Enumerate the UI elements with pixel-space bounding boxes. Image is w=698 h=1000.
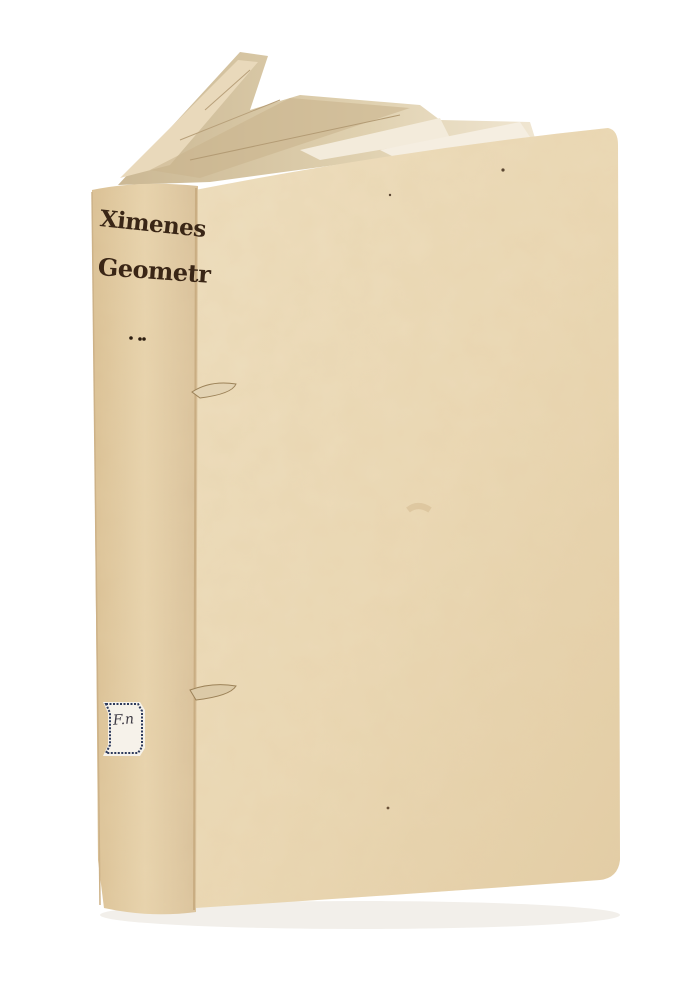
spine xyxy=(92,184,198,915)
book-photo: Ximenes Geometr F.n xyxy=(0,0,698,1000)
library-label-text: F.n xyxy=(112,711,134,728)
front-cover xyxy=(195,128,620,908)
library-label xyxy=(103,702,145,756)
book-illustration xyxy=(0,0,698,1000)
